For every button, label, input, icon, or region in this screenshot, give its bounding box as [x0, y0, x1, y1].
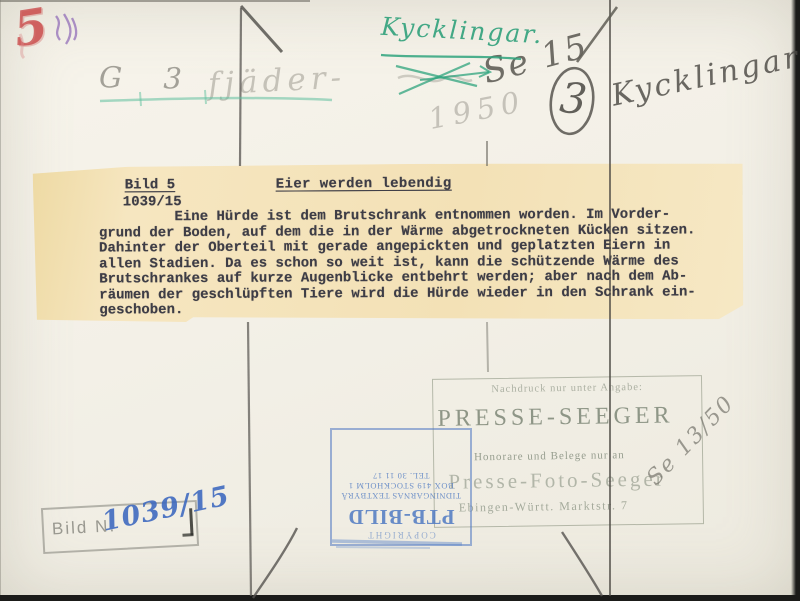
- stamp-address: Ebingen-Württ. Marktstr. 7: [459, 498, 629, 515]
- green-cross-stroke-1: [396, 66, 477, 86]
- purple-scribble: [56, 14, 76, 44]
- crop-mark-bottom-right-diagonal: [562, 532, 602, 596]
- green-tick-2: [205, 90, 206, 104]
- green-cross-stroke-2: [399, 63, 470, 94]
- ptb-tel-line: TEL. 30 11 17: [332, 471, 470, 481]
- label-archive-number: 1039/15: [123, 194, 182, 210]
- stamp-credit-line: Nachdruck nur unter Angabe:: [433, 381, 701, 396]
- blue-smear-2: [336, 547, 430, 548]
- bild-number-handwritten: 1039/15: [100, 482, 232, 535]
- crease-short-below-label: [487, 322, 488, 372]
- green-arrow-shaft: [420, 72, 489, 80]
- ptb-name: PTB-BILD: [332, 504, 470, 529]
- pencil-year-note: 1950: [426, 87, 528, 134]
- photo-right-edge: [791, 0, 800, 601]
- pencil-fjader-note: fjäder-: [207, 62, 346, 100]
- stamp-payment-line: Honorare und Belege nur an: [474, 449, 625, 463]
- ptb-box-line: BOX 419 STOCKHOLM 1: [332, 481, 470, 491]
- crop-mark-bottom-left-diagonal: [253, 528, 297, 598]
- circled-number: 3: [558, 77, 589, 122]
- caption-label: Bild 5 1039/15 Eier werden lebendig Eine…: [33, 162, 744, 323]
- pencil-kycklingar-note: Kycklingar: [609, 42, 800, 111]
- red-crayon-number: 5: [10, 2, 51, 55]
- photo-top-edge: [0, 0, 310, 2]
- pencil-g3-note: G 3: [99, 63, 198, 94]
- stamp-agency-name: PRESSE-SEEGER: [437, 402, 705, 433]
- crossed-out-word: [398, 76, 472, 81]
- ptb-bureau-line: TIDNINGARNAS TEXTBYRÅ: [332, 491, 470, 501]
- label-image-number: Bild 5: [125, 177, 176, 193]
- crop-mark-top-left-diagonal: [241, 6, 282, 52]
- stamp-agency-name-2: Presse-Foto-Seeger: [448, 467, 666, 495]
- label-body-text: Eine Hürde ist dem Brutschrank entnommen…: [99, 207, 730, 319]
- crop-line-bottom-left-vertical: [248, 322, 251, 596]
- bild-number-box: Bild N. 1039/15: [41, 500, 199, 554]
- dark-pen-mark-foot: [182, 533, 193, 537]
- photo-verso: Bild 5 1039/15 Eier werden lebendig Eine…: [0, 0, 800, 601]
- photo-bottom-edge: [0, 595, 800, 601]
- ptb-copyright-line: COPYRIGHT: [332, 530, 470, 540]
- label-title: Eier werden lebendig: [276, 176, 452, 193]
- photo-left-edge: [0, 0, 1, 601]
- ptb-bild-stamp: COPYRIGHT PTB-BILD TIDNINGARNAS TEXTBYRÅ…: [330, 428, 472, 546]
